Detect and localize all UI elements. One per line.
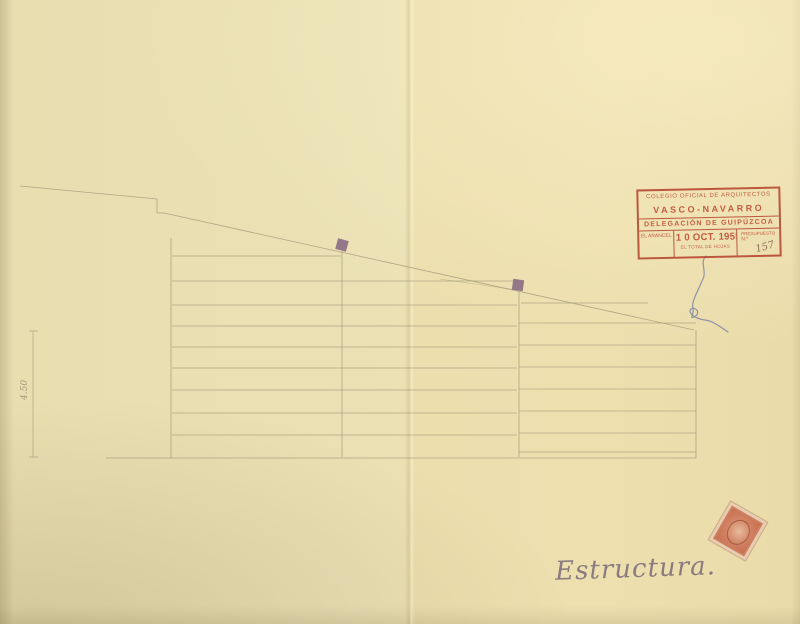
approval-signature <box>690 256 728 332</box>
pencil-line <box>164 213 694 330</box>
column-marker <box>512 279 524 291</box>
visado-cell-right: PRESUPUESTO N.º 157 <box>736 228 780 256</box>
visado-stamp-bottom-row: EL ARANCEL 1 0 OCT. 1955 EL TOTAL DE HOJ… <box>639 228 780 258</box>
column-markers <box>335 238 524 291</box>
visado-cell-left: EL ARANCEL <box>639 230 675 258</box>
visado-stamp: COLEGIO OFICIAL DE ARQUITECTOS VASCO-NAV… <box>636 186 781 259</box>
column-marker <box>335 238 348 251</box>
title-handwriting: Estructura. <box>548 551 724 587</box>
pencil-line <box>20 186 157 199</box>
paper-sheet: 4.50 COLEGIO OFICIAL DE ARQUITECTOS VASC… <box>0 0 800 624</box>
visado-date-subtext: EL TOTAL DE HOJAS <box>674 243 736 249</box>
dimension-label: 4.50 <box>20 380 30 401</box>
structure-drawing: 4.50 <box>0 0 800 624</box>
pencil-drawing <box>20 186 696 458</box>
fiscal-stamp-emblem <box>722 516 754 550</box>
visado-date: 1 0 OCT. 1955 <box>676 231 735 243</box>
visado-date-cell: 1 0 OCT. 1955 EL TOTAL DE HOJAS <box>674 229 737 257</box>
